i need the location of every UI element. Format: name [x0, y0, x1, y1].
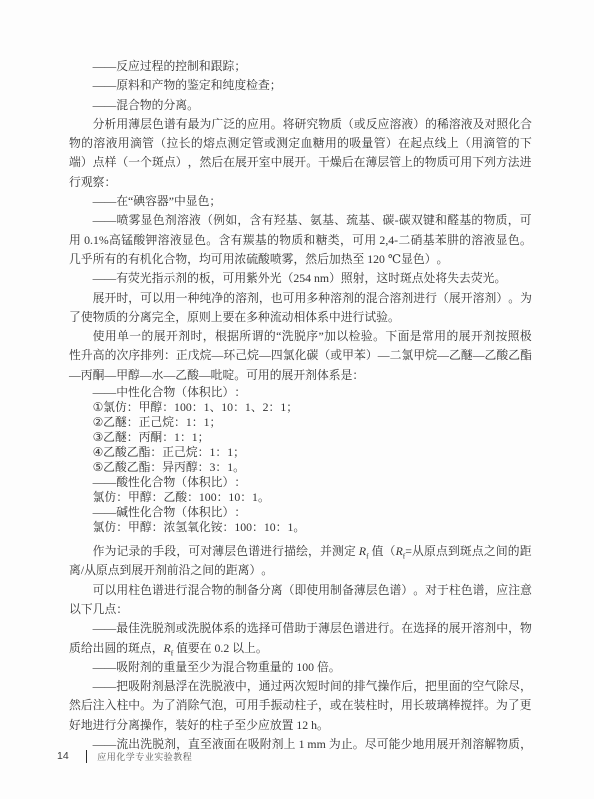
text-line: 然后注入柱中。为了消除气泡，可用手振动柱子，或在装柱时，用长玻璃棒搅拌。为了更: [69, 696, 532, 715]
text-line: 作为记录的手段，可对薄层色谱进行描绘，并测定 Rf 值（Rf=从原点到斑点之间的…: [69, 542, 532, 561]
footer-divider: [86, 750, 88, 763]
text-line: ④乙酸乙酯：正己烷：1：1；: [69, 445, 532, 460]
text-line: 展开时，可以用一种纯净的溶剂，也可用多种溶剂的混合溶剂进行（展开溶剂）。为: [69, 289, 532, 308]
text-line: ——在“碘容器”中显色；: [69, 192, 532, 211]
text-line: ——喷雾显色剂溶液（例如，含有羟基、氨基、巯基、碳-碳双键和醛基的物质，可: [69, 211, 532, 230]
footer-book-title: 应用化学专业实验教程: [97, 750, 192, 763]
text-line: ——有荧光指示剂的板，可用紫外光（254 nm）照射，这时斑点处将失去荧光。: [69, 269, 532, 288]
text-line: ——中性化合物（体积比）：: [69, 385, 532, 400]
text-line: 了使物质的分离完全，原则上要在多种流动相体系中进行试验。: [69, 308, 532, 327]
text-line: 分析用薄层色谱有最为广泛的应用。将研究物质（或反应溶液）的稀溶液及对照化合: [69, 115, 532, 134]
document-body: ——反应过程的控制和跟踪；——原料和产物的鉴定和纯度检查；——混合物的分离。分析…: [69, 57, 532, 754]
text-line: 可以用柱色谱进行混合物的制备分离（即使用制备薄层色谱）。对于柱色谱，应注意: [69, 581, 532, 600]
text-line: 端）点样（一个斑点），然后在展开室中展开。干燥后在薄层管上的物质可用下列方法进: [69, 153, 532, 172]
text-line: 物的溶液用滴管（拉长的熔点测定管或测定血糖用的吸量管）在起点线上（用滴管的下: [69, 134, 532, 153]
page: ——反应过程的控制和跟踪；——原料和产物的鉴定和纯度检查；——混合物的分离。分析…: [0, 0, 594, 799]
text-line: ③乙醚：丙酮：1：1；: [69, 430, 532, 445]
text-line: ——反应过程的控制和跟踪；: [69, 57, 532, 76]
text-line: 好地进行分离操作，装好的柱子至少应放置 12 h。: [69, 716, 532, 735]
text-line: —丙酮—甲醇—水—乙酸—吡啶。可用的展开剂体系是：: [69, 366, 532, 385]
text-line: 以下几点：: [69, 600, 532, 619]
text-line: 氯仿：甲醇：浓氢氧化铵：100：10：1。: [69, 520, 532, 535]
text-line: 使用单一的展开剂时，根据所谓的“洗脱序”加以检验。下面是常用的展开剂按照极: [69, 327, 532, 346]
page-number: 14: [57, 750, 69, 762]
text-line: ②乙醚：正己烷：1：1；: [69, 415, 532, 430]
text-line: ①氯仿：甲醇：100：1、10：1、2：1；: [69, 400, 532, 415]
text-line: ——原料和产物的鉴定和纯度检查；: [69, 76, 532, 95]
text-line: ——吸附剂的重量至少为混合物重量的 100 倍。: [69, 658, 532, 677]
text-line: 氯仿：甲醇：乙酸：100：10：1。: [69, 490, 532, 505]
text-line: 用 0.1%高锰酸钾溶液显色。含有羰基的物质和糖类，可用 2,4-二硝基苯肼的溶…: [69, 231, 532, 250]
text-line: 性升高的次序排列：正戊烷—环己烷—四氯化碳（或甲苯）—二氯甲烷—乙醚—乙酸乙酯: [69, 346, 532, 365]
text-line: ——把吸附剂悬浮在洗脱液中，通过两次短时间的排气操作后，把里面的空气除尽，: [69, 677, 532, 696]
text-line: ——混合物的分离。: [69, 96, 532, 115]
text-line: 质给出圆的斑点，Rf 值要在 0.2 以上。: [69, 639, 532, 658]
text-line: ——酸性化合物（体积比）：: [69, 475, 532, 490]
text-line: 行观察：: [69, 173, 532, 192]
text-line: ——最佳洗脱剂或洗脱体系的选择可借助于薄层色谱进行。在选择的展开溶剂中，物: [69, 619, 532, 638]
text-line: 离/从原点到展开剂前沿之间的距离）。: [69, 561, 532, 580]
text-line: 几乎所有的有机化合物，均可用浓硫酸喷雾，然后加热至 120 ℃显色）。: [69, 250, 532, 269]
text-line: ——碱性化合物（体积比）：: [69, 505, 532, 520]
text-line: ⑤乙酸乙酯：异丙醇：3：1。: [69, 460, 532, 475]
page-footer: 14 应用化学专业实验教程: [57, 746, 192, 766]
